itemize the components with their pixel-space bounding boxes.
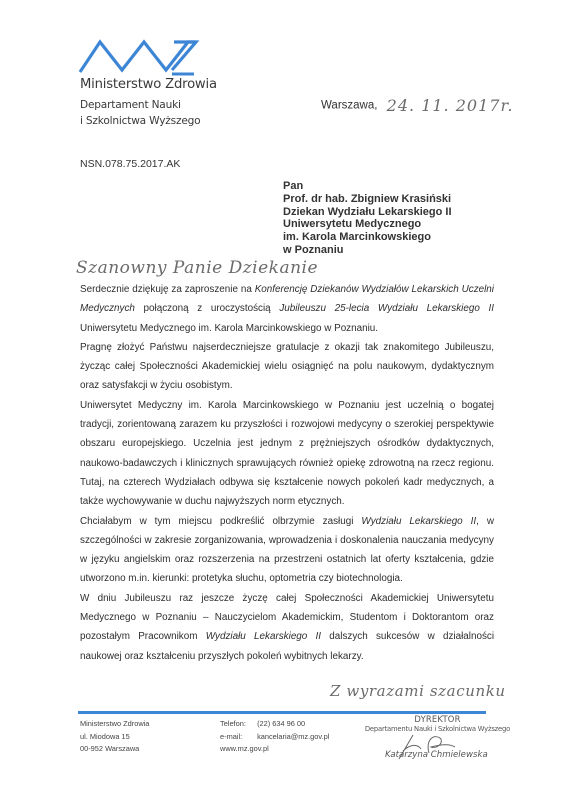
footer-contact: Telefon: (22) 634 96 00 e-mail: kancelar… <box>220 718 329 756</box>
text: Chciałabym w tym miejscu podkreślić olbr… <box>80 516 361 527</box>
paragraph-1: Serdecznie dziękuję za zaproszenie na Ko… <box>80 280 494 338</box>
text: połączoną z uroczystością <box>135 303 279 314</box>
addressee-block: Pan Prof. dr hab. Zbigniew Krasiński Dzi… <box>283 180 452 257</box>
paragraph-2: Pragnę złożyć Państwu najserdeczniejsze … <box>80 338 494 396</box>
ministry-name: Ministerstwo Zdrowia <box>80 77 217 92</box>
address-line: Ministerstwo Zdrowia <box>80 718 149 731</box>
jubilee-name: Jubileuszu 25-lecia Wydziału Lekarskiego… <box>279 303 494 314</box>
paragraph-3: Uniwersytet Medyczny im. Karola Marcinko… <box>80 396 494 512</box>
place-date: Warszawa, 24. 11. 2017r. <box>321 96 513 115</box>
addressee-line: Pan <box>283 180 452 193</box>
email-label: e-mail: <box>220 731 255 744</box>
reference-number: NSN.078.75.2017.AK <box>80 158 180 170</box>
phone-row: Telefon: (22) 634 96 00 <box>220 718 329 731</box>
address-line: 00-952 Warszawa <box>80 743 149 756</box>
addressee-line: Prof. dr hab. Zbigniew Krasiński <box>283 193 452 206</box>
phone-label: Telefon: <box>220 718 255 731</box>
email-row: e-mail: kancelaria@mz.gov.pl <box>220 731 329 744</box>
closing-handwritten: Z wyrazami szacunku <box>330 682 506 700</box>
ministry-logo-icon <box>78 36 200 76</box>
phone-value: (22) 634 96 00 <box>257 719 305 728</box>
addressee-line: Uniwersytetu Medycznego <box>283 218 452 231</box>
signatory-title: DYREKTOR <box>360 714 515 724</box>
department-line-2: i Szkolnictwa Wyższego <box>80 113 200 129</box>
department-name: Departament Nauki i Szkolnictwa Wyższego <box>80 97 200 129</box>
signatory-name: Katarzyna Chmielewska <box>385 750 488 760</box>
text: Serdecznie dziękuję za zaproszenie na <box>80 284 255 295</box>
website-link[interactable]: www.mz.gov.pl <box>220 743 329 756</box>
date-handwritten: 24. 11. 2017r. <box>387 96 514 115</box>
paragraph-4: Chciałabym w tym miejscu podkreślić olbr… <box>80 512 494 589</box>
faculty-name: Wydziału Lekarskiego II <box>361 516 476 527</box>
text: Uniwersytetu Medycznego im. Karola Marci… <box>80 323 378 334</box>
paragraph-5: W dniu Jubileuszu raz jeszcze życzę całe… <box>80 589 494 666</box>
letter-body: Serdecznie dziękuję za zaproszenie na Ko… <box>80 280 494 666</box>
department-line-1: Departament Nauki <box>80 97 200 113</box>
salutation-handwritten: Szanowny Panie Dziekanie <box>76 258 318 278</box>
address-line: ul. Miodowa 15 <box>80 731 149 744</box>
email-link[interactable]: kancelaria@mz.gov.pl <box>257 732 329 741</box>
addressee-line: Dziekan Wydziału Lekarskiego II <box>283 206 452 219</box>
faculty-name: Wydziału Lekarskiego II <box>206 631 321 642</box>
place: Warszawa, <box>321 100 377 112</box>
addressee-line: w Poznaniu <box>283 244 452 257</box>
addressee-line: im. Karola Marcinkowskiego <box>283 231 452 244</box>
footer-address: Ministerstwo Zdrowia ul. Miodowa 15 00-9… <box>80 718 149 756</box>
